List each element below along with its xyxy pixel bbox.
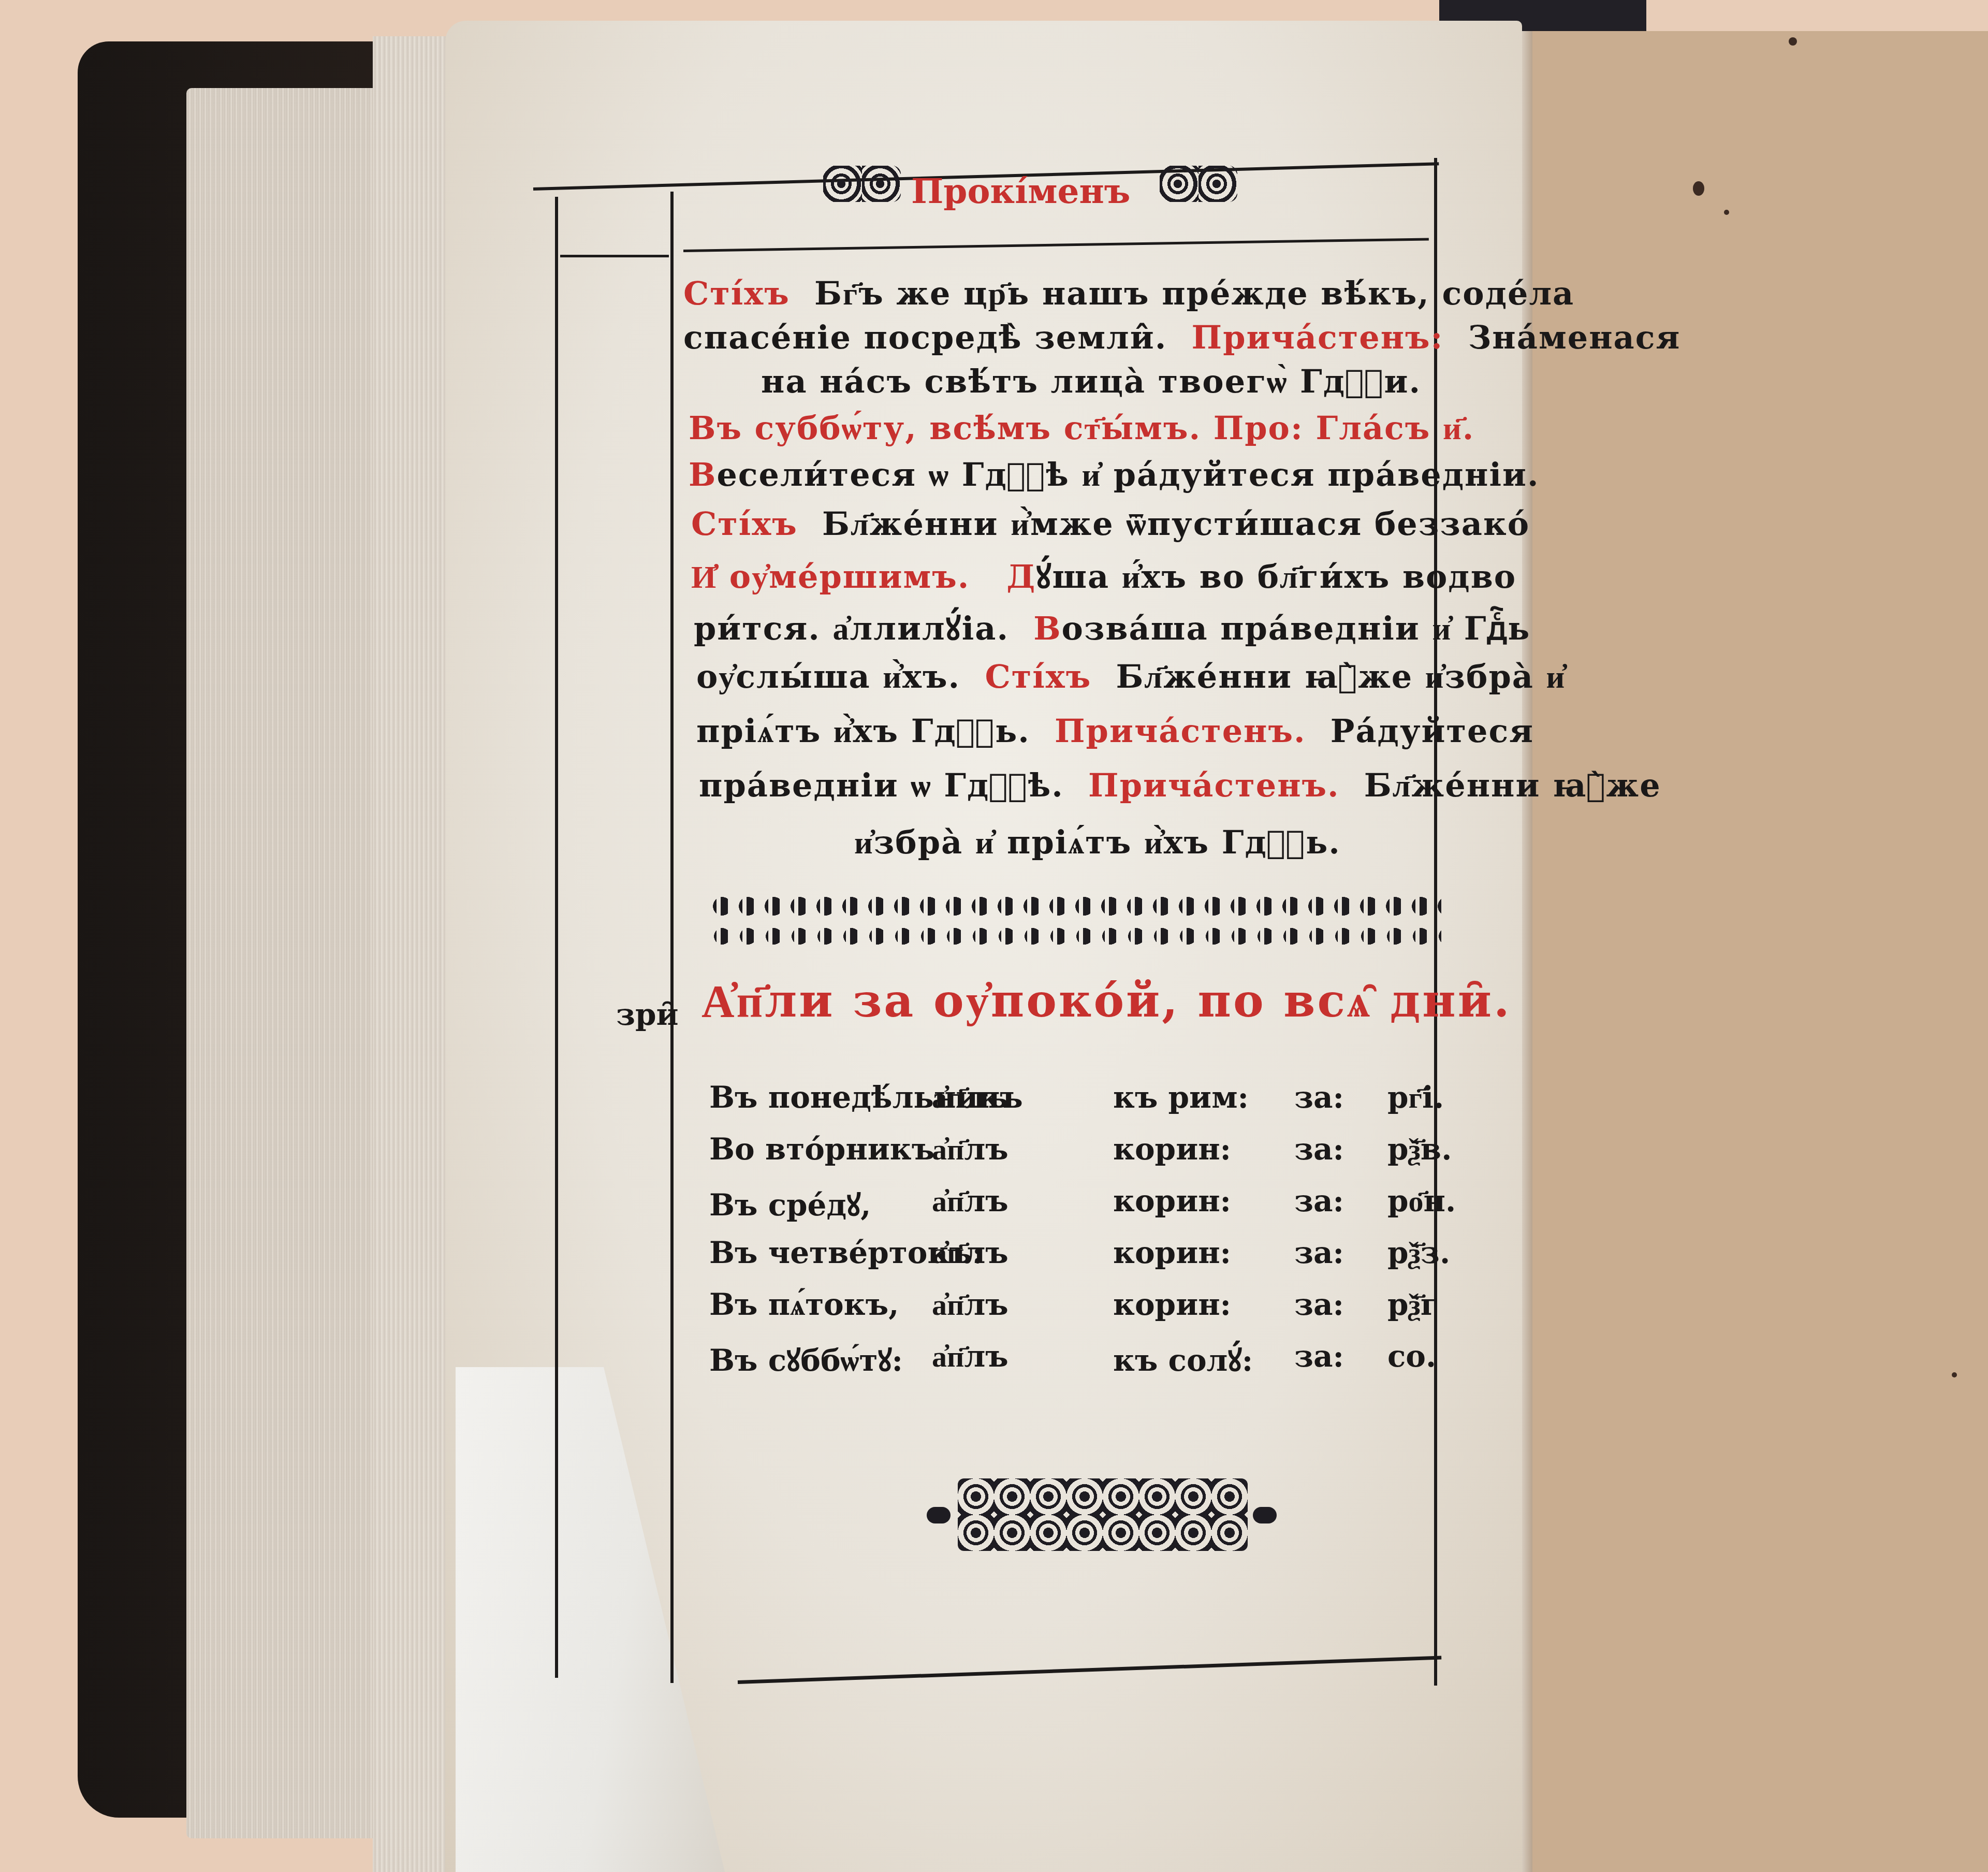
table-cell-epistle: корин: bbox=[1113, 1287, 1231, 1322]
ornamental-band bbox=[709, 891, 1444, 948]
heading-ornament-left bbox=[823, 166, 901, 202]
table-cell-epistle: къ рим: bbox=[1113, 1080, 1249, 1115]
frame-inner-left-line bbox=[670, 192, 674, 1683]
table-cell-zachalo: за: bbox=[1294, 1235, 1344, 1270]
text-line-6: Сті́хъ Бл҃же́нни и҆̀мже ѿпусти́шася безз… bbox=[691, 505, 1530, 543]
tailpiece-ornament bbox=[958, 1478, 1248, 1551]
table-cell-book: а҆п҃лъ bbox=[932, 1287, 1008, 1322]
table-cell-number: рѯ҃г bbox=[1387, 1287, 1439, 1322]
margin-note: зри̑ bbox=[616, 997, 679, 1032]
text-line-8: ри́тся. а҆ллилꙋ́іа. Возва́ша пра́ведніи … bbox=[694, 606, 1530, 649]
frame-margin-rule bbox=[560, 255, 669, 257]
text-line-1: Сті́хъ Бг҃ъ же цр҃ь нашъ пре́жде вѣ́къ, … bbox=[683, 274, 1574, 313]
table-cell-book: а҆п҃лъ bbox=[932, 1339, 1008, 1374]
table-cell-number: рг҃і. bbox=[1387, 1080, 1444, 1115]
table-cell-day: Въ сꙋббѡ́тꙋ: bbox=[709, 1339, 903, 1380]
table-cell-epistle: корин: bbox=[1113, 1183, 1231, 1218]
table-cell-zachalo: за: bbox=[1294, 1339, 1344, 1374]
text-line-5: Весели́теся ѡ Гдⷭ҇ѣ и҆ ра́дуйтеся пра́ве… bbox=[689, 456, 1540, 494]
text-line-7: И҆ оу҆ме́ршимъ. Дꙋ́ша и҆́хъ во бл҃ги́хъ … bbox=[691, 554, 1516, 598]
tailpiece-knob-left bbox=[927, 1507, 951, 1523]
text-line-4-rubric: Въ суббѡ́ту, всѣ́мъ ст҃ы́мъ. Про: Гла́съ… bbox=[689, 409, 1474, 447]
table-cell-zachalo: за: bbox=[1294, 1287, 1344, 1322]
wormhole bbox=[1952, 1372, 1957, 1377]
table-cell-day: Въ пѧ́токъ, bbox=[709, 1287, 899, 1322]
table-cell-epistle: къ солꙋ́: bbox=[1113, 1339, 1253, 1380]
table-cell-number: рѯ҃з. bbox=[1387, 1235, 1450, 1270]
endpaper-right bbox=[1527, 31, 1988, 1872]
table-cell-zachalo: за: bbox=[1294, 1183, 1344, 1218]
frame-outer-left-line bbox=[555, 197, 558, 1678]
table-cell-number: со. bbox=[1387, 1339, 1436, 1374]
page-heading: Прокі́менъ bbox=[911, 171, 1131, 211]
table-cell-book: а҆п҃лъ bbox=[932, 1183, 1008, 1218]
wormhole bbox=[1724, 210, 1729, 215]
table-cell-epistle: корин: bbox=[1113, 1131, 1231, 1167]
table-cell-book: а҆п҃лъ bbox=[932, 1131, 1008, 1167]
tailpiece-knob-right bbox=[1253, 1507, 1277, 1523]
table-cell-day: Въ сре́дꙋ, bbox=[709, 1183, 871, 1224]
wormhole bbox=[1789, 37, 1797, 46]
table-cell-book: а҆п҃лъ bbox=[932, 1235, 1008, 1270]
text-line-3: на на́съ свѣ́тъ лица̀ твоегѡ̀ Гдⷭ҇и. bbox=[761, 362, 1421, 401]
table-cell-number: ро҃н. bbox=[1387, 1183, 1456, 1218]
wormhole bbox=[1693, 181, 1704, 196]
table-cell-number: рѯ҃в. bbox=[1387, 1131, 1452, 1167]
text-line-9: оу҆слы́ша и҆̀хъ. Сті́хъ Бл҃же́нни ꙗ҆̀же … bbox=[696, 658, 1566, 696]
table-cell-zachalo: за: bbox=[1294, 1080, 1344, 1115]
table-cell-book: а҆п҃лъ bbox=[932, 1080, 1008, 1115]
text-line-12: и҆збра̀ и҆ пріѧ́тъ и҆̀хъ Гдⷭ҇ь. bbox=[854, 823, 1341, 862]
text-line-11: пра́ведніи ѡ Гдⷭ҇ѣ. Прича́стенъ. Бл҃же́н… bbox=[699, 766, 1661, 805]
section-title: А҆п҃ли за оу҆поко́й, по всѧ̑ дни̑. bbox=[701, 974, 1512, 1028]
table-cell-epistle: корин: bbox=[1113, 1235, 1231, 1270]
heading-ornament-right bbox=[1160, 166, 1237, 202]
text-line-2: спасе́ніе посредѣ̀ земли̂. Прича́стенъ: … bbox=[683, 318, 1680, 356]
table-cell-zachalo: за: bbox=[1294, 1131, 1344, 1167]
table-cell-day: Во вто́рникъ bbox=[709, 1131, 934, 1167]
text-line-10: пріѧ́тъ и҆̀хъ Гдⷭ҇ь. Прича́стенъ. Ра́дуй… bbox=[696, 712, 1534, 750]
